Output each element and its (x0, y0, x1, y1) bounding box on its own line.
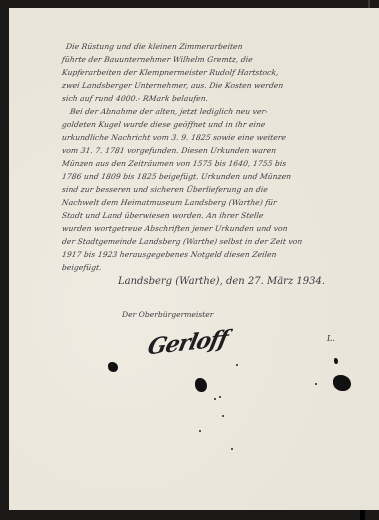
body-line: zwei Landsberger Unternehmer, aus. Die K… (61, 81, 352, 90)
page-edge-mark-bottom (360, 510, 365, 520)
signature-title: Der Oberbürgermeister (122, 310, 213, 319)
body-line: goldeten Kugel wurde diese geöffnet und … (61, 120, 352, 129)
body-line: sich auf rund 4000.- RMark belaufen. (61, 94, 352, 103)
ink-blot (108, 362, 118, 372)
body-line: beigefügt. (61, 263, 352, 272)
body-line: Die Rüstung und die kleinen Zimmerarbeit… (65, 42, 356, 51)
ink-spot (214, 398, 216, 400)
body-line: sind zur besseren und sicheren Überliefe… (61, 185, 352, 194)
body-line: urkundliche Nachricht vom 3. 9. 1825 sow… (61, 133, 352, 142)
ink-spot (222, 415, 224, 417)
body-line: 1917 bis 1923 herausgegebenes Notgeld di… (61, 250, 352, 259)
body-line: Bei der Abnahme der alten, jetzt ledigli… (69, 107, 360, 116)
body-line: 1786 und 1809 bis 1825 beigefügt. Urkund… (61, 172, 352, 181)
ink-spot (219, 396, 221, 398)
body-line: der Stadtgemeinde Landsberg (Warthe) sel… (61, 237, 352, 246)
body-line: führte der Bauunternehmer Wilhelm Gremtz… (61, 55, 352, 64)
ink-blot (334, 358, 338, 364)
body-line: Münzen aus den Zeiträumen von 1575 bis 1… (61, 159, 352, 168)
margin-mark: L. (327, 334, 335, 343)
place-date: Landsberg (Warthe), den 27. März 1934. (118, 276, 325, 287)
page-edge-mark (368, 0, 370, 8)
ink-spot (231, 448, 233, 450)
body-line: Stadt und Land überwiesen worden. An ihr… (61, 211, 352, 220)
body-line: Kupferarbeiten der Klempnermeister Rudol… (61, 68, 352, 77)
ink-spot (236, 364, 238, 366)
body-line: vom 31. 7. 1781 vorgefunden. Diesen Urku… (61, 146, 352, 155)
body-line: wurden wortgetreue Abschriften jener Urk… (61, 224, 352, 233)
ink-spot (315, 383, 317, 385)
ink-blot (195, 378, 207, 392)
ink-spot (199, 430, 201, 432)
body-line: Nachwelt dem Heimatmuseum Landsberg (War… (61, 198, 352, 207)
ink-blot (333, 375, 351, 391)
